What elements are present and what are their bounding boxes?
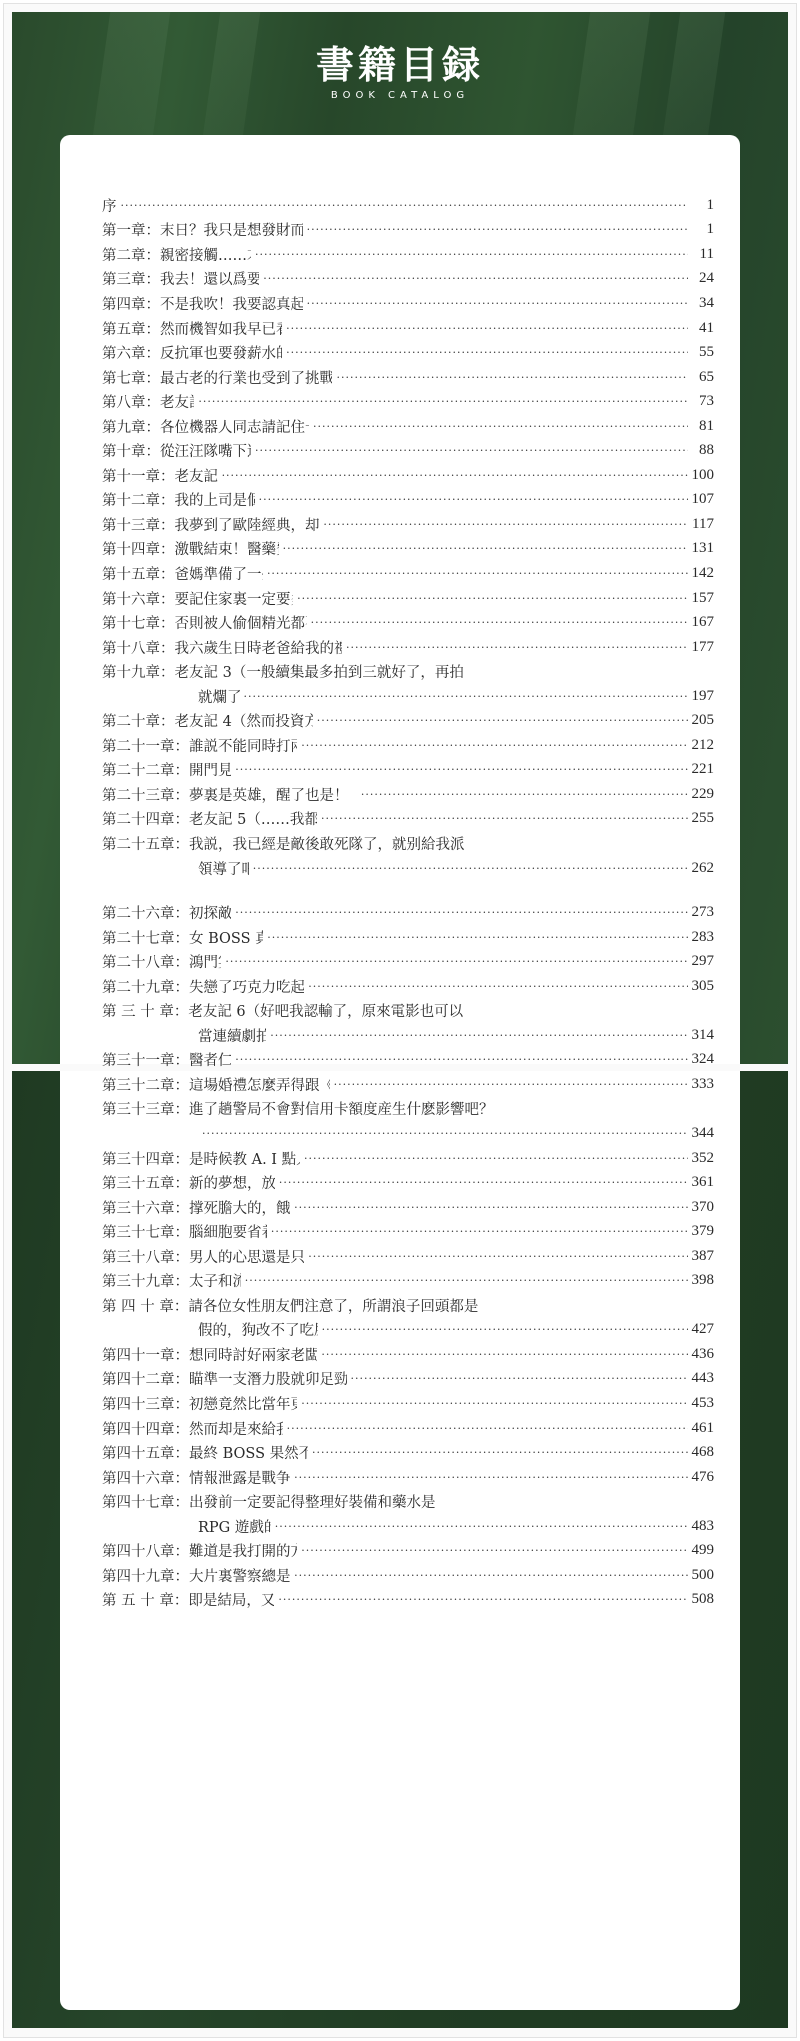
leader-dots xyxy=(334,1078,688,1091)
toc-entry: 第 三 十 章：老友記 6（好吧我認輸了，原來電影也可以 xyxy=(102,999,714,1024)
page-number: 157 xyxy=(692,590,715,607)
chapter-title: 要記住家裏一定要多裝攝像頭 xyxy=(175,588,294,609)
toc-entry: 第四十七章：出發前一定要記得整理好裝備和藥水是 xyxy=(102,1489,714,1514)
toc-entry: 第四十一章：想同時討好兩家老闆是不可能的！436 xyxy=(102,1342,714,1367)
leader-dots xyxy=(304,1152,687,1165)
chapter-number: 第十四章： xyxy=(102,538,175,559)
leader-dots xyxy=(245,1274,688,1287)
chapter-title: 反抗軍也要發薪水的，混蛋！ xyxy=(160,342,282,363)
leader-dots xyxy=(270,1029,687,1042)
chapter-title: 失戀了巧克力吃起來都是苦的 xyxy=(189,976,304,997)
toc-entry: 第三十三章：進了趟警局不會對信用卡額度産生什麽影響吧？ xyxy=(102,1097,714,1122)
chapter-title: 大片裏警察總是最後纔到 xyxy=(189,1565,290,1586)
leader-dots xyxy=(286,346,688,359)
page-number: 324 xyxy=(692,1051,715,1068)
chapter-title: 末日？我只是想發財而已我招惹誰了 xyxy=(160,219,303,240)
toc-entry: 第二十二章：開門見紅221 xyxy=(102,758,714,783)
toc-entry: 第一章：末日？我只是想發財而已我招惹誰了1 xyxy=(102,218,714,243)
toc-entry: 第十八章：我六歲生日時老爸給我的禮物是柯爾特眼鏡王蛇177 xyxy=(102,635,714,660)
page-number: 387 xyxy=(692,1248,715,1265)
leader-dots xyxy=(311,616,688,629)
chapter-title: 我夢到了歐陸經典，却没人給我廣告費 xyxy=(175,514,320,535)
page-number: 453 xyxy=(692,1395,715,1412)
chapter-number: 第十八章： xyxy=(102,637,175,658)
leader-dots xyxy=(198,395,688,408)
leader-dots xyxy=(259,493,688,506)
toc-entry: 第六章：反抗軍也要發薪水的，混蛋！55 xyxy=(102,340,714,365)
chapter-title: 是時候教 A. I 點人情世故了 xyxy=(189,1148,300,1169)
toc-entry: 第三章：我去！還以爲要死了！24 xyxy=(102,267,714,292)
chapter-title: 初戀竟然比當年更漂亮了？ xyxy=(189,1393,297,1414)
chapter-title: 爸媽準備了一些嘮叨 xyxy=(175,563,263,584)
chapter-title: 然而機智如我早已看透了你們 xyxy=(160,318,282,339)
chapter-number: 第八章： xyxy=(102,391,160,412)
toc-entry: 第四十九章：大片裏警察總是最後纔到500 xyxy=(102,1563,714,1588)
toc-entry: 第三十一章：醫者仁心324 xyxy=(102,1048,714,1073)
leader-dots xyxy=(263,272,688,285)
page-number: 427 xyxy=(692,1321,715,1338)
chapter-number: 第 三 十 章： xyxy=(102,1000,188,1021)
chapter-title: 進了趟警局不會對信用卡額度産生什麽影響吧？ xyxy=(189,1098,494,1119)
page-number: 361 xyxy=(692,1174,715,1191)
chapter-title: 這場婚禮怎麼弄得跟《畢業生》似的？ xyxy=(189,1074,330,1095)
page-number: 352 xyxy=(692,1150,715,1167)
page-number: 1 xyxy=(692,221,714,238)
chapter-title: 出發前一定要記得整理好裝備和藥水是 xyxy=(189,1491,436,1512)
catalog-header: 書籍目録 BOOK CATALOG xyxy=(12,42,788,101)
page-number: 205 xyxy=(692,712,715,729)
leader-dots xyxy=(275,1520,688,1533)
page-number: 167 xyxy=(692,614,715,631)
leader-dots xyxy=(308,980,687,993)
leader-dots xyxy=(235,763,687,776)
leader-dots xyxy=(283,542,688,555)
chapter-number: 第六章： xyxy=(102,342,160,363)
toc-entry: 第二十六章：初探敵情273 xyxy=(102,900,714,925)
page-number: 297 xyxy=(692,953,715,970)
chapter-number: 第二十三章： xyxy=(102,784,189,805)
chapter-title: RPG 遊戲的重點 xyxy=(198,1516,271,1537)
chapter-title: 老友記 xyxy=(160,391,194,412)
page-number: 177 xyxy=(692,639,715,656)
leader-dots xyxy=(255,248,688,261)
toc-entry: 第二十四章：老友記 5（……我都懶得吐槽了）255 xyxy=(102,807,714,832)
chapter-title: 我去！還以爲要死了！ xyxy=(160,268,259,289)
toc-entry-continuation: 344 xyxy=(102,1121,714,1146)
page-number: 81 xyxy=(692,418,714,435)
page-number: 314 xyxy=(692,1027,715,1044)
chapter-title: 老友記 4（然而投資方可不這麼想） xyxy=(175,710,313,731)
page-number: 476 xyxy=(692,1469,715,1486)
page-number: 273 xyxy=(692,904,715,921)
leader-dots xyxy=(321,812,687,825)
toc-entry-continuation: 假的，狗改不了吃屎才是真的！427 xyxy=(102,1318,714,1343)
chapter-title: 最終 BOSS 果然不止一種形態 xyxy=(189,1442,308,1463)
toc-entry: 第二十章：老友記 4（然而投資方可不這麼想）205 xyxy=(102,708,714,733)
page-number: 283 xyxy=(692,929,715,946)
page-number: 398 xyxy=(692,1272,715,1289)
chapter-number: 第四十三章： xyxy=(102,1393,189,1414)
chapter-number: 第二十章： xyxy=(102,710,175,731)
chapter-title: 假的，狗改不了吃屎才是真的！ xyxy=(198,1319,318,1340)
chapter-number: 第三十七章： xyxy=(102,1221,189,1242)
toc-entry: 第七章：最古老的行業也受到了挑戰！轉行還來得及不？65 xyxy=(102,365,714,390)
page-number: 55 xyxy=(692,344,714,361)
chapter-title: 老友記 6（好吧我認輸了，原來電影也可以 xyxy=(188,1000,463,1021)
leader-dots xyxy=(307,297,688,310)
toc-entry: 第十九章：老友記 3（一般續集最多拍到三就好了，再拍 xyxy=(102,659,714,684)
leader-dots xyxy=(235,906,687,919)
leader-dots xyxy=(294,1201,687,1214)
chapter-number: 第五章： xyxy=(102,318,160,339)
toc-entry: 第四十六章：情報泄露是戰争中的大忌476 xyxy=(102,1465,714,1490)
leader-dots xyxy=(301,1544,687,1557)
toc-entry-continuation: 當連續劇拍啊）314 xyxy=(102,1023,714,1048)
toc-entry: 第十五章：爸媽準備了一些嘮叨142 xyxy=(102,561,714,586)
page-number: 131 xyxy=(692,540,715,557)
toc-entry-continuation: RPG 遊戲的重點483 xyxy=(102,1514,714,1539)
chapter-title: 老友記 5（……我都懶得吐槽了） xyxy=(189,808,317,829)
page-number: 34 xyxy=(692,295,714,312)
page-number: 468 xyxy=(692,1444,715,1461)
chapter-title: 最古老的行業也受到了挑戰！轉行還來得及不？ xyxy=(160,367,332,388)
leader-dots xyxy=(279,1176,688,1189)
leader-dots xyxy=(244,690,688,703)
chapter-number: 第二十四章： xyxy=(102,808,189,829)
chapter-number: 第四十六章： xyxy=(102,1467,189,1488)
leader-dots xyxy=(297,592,687,605)
chapter-title: 不是我吹！我要認真起來是很兇的！ xyxy=(160,293,303,314)
toc-entry: 第二十七章：女 BOSS 真難打283 xyxy=(102,925,714,950)
chapter-number: 第 五 十 章： xyxy=(102,1589,188,1610)
leader-dots xyxy=(202,1127,688,1140)
chapter-title: 當連續劇拍啊） xyxy=(198,1025,266,1046)
page-number: 370 xyxy=(692,1199,715,1216)
page-number: 1 xyxy=(692,197,714,214)
page-number: 229 xyxy=(692,786,715,803)
toc-entry: 第九章：各位機器人同志請記住一定要文明執法81 xyxy=(102,414,714,439)
table-of-contents: 序1第一章：末日？我只是想發財而已我招惹誰了1第二章：親密接觸……才鬼！11第三… xyxy=(102,193,714,1612)
leader-dots xyxy=(346,641,687,654)
leader-dots xyxy=(294,1569,687,1582)
toc-entry: 第十一章：老友記 2100 xyxy=(102,463,714,488)
chapter-number: 第三十一章： xyxy=(102,1049,189,1070)
chapter-number: 第四十五章： xyxy=(102,1442,189,1463)
chapter-title: 就爛了） xyxy=(198,686,240,707)
chapter-number: 第二十七章： xyxy=(102,927,189,948)
leader-dots xyxy=(286,322,688,335)
chapter-title: 難道是我打開的方式不對？ xyxy=(189,1540,297,1561)
chapter-number: 第四十八章： xyxy=(102,1540,189,1561)
chapter-number: 第一章： xyxy=(102,219,160,240)
page-title: 書籍目録 xyxy=(12,42,788,88)
chapter-number: 第十一章： xyxy=(102,465,175,486)
toc-entry-continuation: 就爛了）197 xyxy=(102,684,714,709)
chapter-title: 腦細胞要省着點用 xyxy=(189,1221,267,1242)
chapter-number: 第四十四章： xyxy=(102,1418,189,1439)
toc-entry: 第十四章：激戰結束！醫藥費誰掏？131 xyxy=(102,537,714,562)
chapter-number: 第十七章： xyxy=(102,612,175,633)
chapter-title: 請各位女性朋友們注意了，所謂浪子回頭都是 xyxy=(188,1295,478,1316)
leader-dots xyxy=(255,444,688,457)
page-number: 142 xyxy=(692,565,715,582)
chapter-title: 從汪汪隊嘴下逃出來 xyxy=(160,440,251,461)
leader-dots xyxy=(271,1225,688,1238)
toc-entry: 第三十九章：太子和流氓398 xyxy=(102,1269,714,1294)
leader-dots xyxy=(253,862,688,875)
page-number: 212 xyxy=(692,737,715,754)
toc-entry: 第四十三章：初戀竟然比當年更漂亮了？453 xyxy=(102,1391,714,1416)
page-number: 11 xyxy=(692,246,714,263)
chapter-number: 第十三章： xyxy=(102,514,175,535)
chapter-title: 瞄準一支潛力股就卯足勁上！否則怎麼發財？ xyxy=(189,1368,347,1389)
chapter-title: 開門見紅 xyxy=(189,759,231,780)
page-number: 88 xyxy=(692,442,714,459)
toc-entry: 序1 xyxy=(102,193,714,218)
chapter-number: 第二十八章： xyxy=(102,951,189,972)
chapter-title: 然而却是來給我下套的 xyxy=(189,1418,283,1439)
chapter-number: 第三十六章： xyxy=(102,1197,189,1218)
section-gap xyxy=(102,880,714,900)
page-number: 262 xyxy=(692,860,715,877)
toc-entry: 第四十四章：然而却是來給我下套的461 xyxy=(102,1416,714,1441)
chapter-number: 第十五章： xyxy=(102,563,175,584)
chapter-title: 醫者仁心 xyxy=(189,1049,231,1070)
toc-entry: 第三十八章：男人的心思還是只有男人瞭解387 xyxy=(102,1244,714,1269)
chapter-title: 男人的心思還是只有男人瞭解 xyxy=(189,1246,304,1267)
toc-entry: 第三十四章：是時候教 A. I 點人情世故了352 xyxy=(102,1146,714,1171)
chapter-number: 第十二章： xyxy=(102,489,175,510)
leader-dots xyxy=(307,223,688,236)
page-number: 65 xyxy=(692,369,714,386)
chapter-number: 第九章： xyxy=(102,416,160,437)
toc-entry: 第二章：親密接觸……才鬼！11 xyxy=(102,242,714,267)
toc-entry: 第四十八章：難道是我打開的方式不對？499 xyxy=(102,1539,714,1564)
page-number: 333 xyxy=(692,1076,715,1093)
toc-entry-continuation: 領導了吧？262 xyxy=(102,856,714,881)
page-subtitle: BOOK CATALOG xyxy=(12,90,788,101)
leader-dots xyxy=(301,739,687,752)
chapter-number: 第三十九章： xyxy=(102,1270,189,1291)
toc-entry: 第二十一章：誰説不能同時打兩份工了？212 xyxy=(102,733,714,758)
leader-dots xyxy=(313,420,688,433)
leader-dots xyxy=(312,1446,688,1459)
page-number: 483 xyxy=(692,1518,715,1535)
chapter-title: 太子和流氓 xyxy=(189,1270,241,1291)
chapter-title: 新的夢想，放飛自我 xyxy=(189,1172,275,1193)
page-number: 305 xyxy=(692,978,715,995)
chapter-title: 我的上司是個死宅 xyxy=(175,489,255,510)
toc-entry: 第二十八章：鴻門宴297 xyxy=(102,949,714,974)
chapter-number: 第四十二章： xyxy=(102,1368,189,1389)
toc-entry: 第十二章：我的上司是個死宅107 xyxy=(102,488,714,513)
chapter-title: 領導了吧？ xyxy=(198,858,249,879)
chapter-number: 第二十五章： xyxy=(102,833,189,854)
chapter-number: 第三十二章： xyxy=(102,1074,189,1095)
toc-entry: 第八章：老友記73 xyxy=(102,389,714,414)
leader-dots xyxy=(308,1250,687,1263)
toc-entry: 第二十九章：失戀了巧克力吃起來都是苦的305 xyxy=(102,974,714,999)
chapter-number: 第十九章： xyxy=(102,661,175,682)
leader-dots xyxy=(267,931,687,944)
toc-entry: 第十六章：要記住家裏一定要多裝攝像頭157 xyxy=(102,586,714,611)
toc-entry: 第四十二章：瞄準一支潛力股就卯足勁上！否則怎麼發財？443 xyxy=(102,1367,714,1392)
toc-entry: 第二十五章：我説，我已經是敵後敢死隊了，就别給我派 xyxy=(102,831,714,856)
toc-entry: 第四十五章：最終 BOSS 果然不止一種形態468 xyxy=(102,1440,714,1465)
chapter-title: 鴻門宴 xyxy=(189,951,221,972)
toc-entry: 第五章：然而機智如我早已看透了你們41 xyxy=(102,316,714,341)
leader-dots xyxy=(294,1471,687,1484)
chapter-title: 情報泄露是戰争中的大忌 xyxy=(189,1467,290,1488)
page-number: 379 xyxy=(692,1223,715,1240)
chapter-number: 第十章： xyxy=(102,440,160,461)
leader-dots xyxy=(336,371,688,384)
page-number: 24 xyxy=(692,270,714,287)
page-number: 73 xyxy=(692,393,714,410)
leader-dots xyxy=(322,1323,688,1336)
chapter-title: 我説，我已經是敵後敢死隊了，就别給我派 xyxy=(189,833,465,854)
page-number: 221 xyxy=(692,761,715,778)
chapter-number: 第三章： xyxy=(102,268,160,289)
leader-dots xyxy=(323,518,688,531)
chapter-number: 第三十八章： xyxy=(102,1246,189,1267)
chapter-number: 第二章： xyxy=(102,244,160,265)
page-number: 443 xyxy=(692,1370,715,1387)
toc-entry: 第十七章：否則被人偷個精光都不知道咋回事167 xyxy=(102,610,714,635)
chapter-number: 第二十二章： xyxy=(102,759,189,780)
page-number: 500 xyxy=(692,1567,715,1584)
page-number: 255 xyxy=(692,810,715,827)
chapter-title: 我六歲生日時老爸給我的禮物是柯爾特眼鏡王蛇 xyxy=(175,637,343,658)
leader-dots xyxy=(351,1372,688,1385)
toc-entry: 第四章：不是我吹！我要認真起來是很兇的！34 xyxy=(102,291,714,316)
page-number: 508 xyxy=(692,1591,715,1608)
chapter-number: 第四十一章： xyxy=(102,1344,189,1365)
chapter-number: 第四十七章： xyxy=(102,1491,189,1512)
chapter-number: 第二十六章： xyxy=(102,902,189,923)
chapter-number: 第三十三章： xyxy=(102,1098,189,1119)
chapter-number: 第四十九章： xyxy=(102,1565,189,1586)
chapter-title: 撑死膽大的，餓死膽小的 xyxy=(189,1197,290,1218)
page-number: 117 xyxy=(692,516,714,533)
page-number: 499 xyxy=(692,1542,715,1559)
leader-dots xyxy=(321,1348,687,1361)
chapter-title: 否則被人偷個精光都不知道咋回事 xyxy=(175,612,307,633)
chapter-title: 女 BOSS 真難打 xyxy=(189,927,263,948)
page-number: 436 xyxy=(692,1346,715,1363)
chapter-number: 第 四 十 章： xyxy=(102,1295,188,1316)
leader-dots xyxy=(222,469,688,482)
toc-entry: 第二十三章：夢裏是英雄，醒了也是！（然而美女們不這麼想）229 xyxy=(102,782,714,807)
page-number: 107 xyxy=(692,491,715,508)
chapter-title: 激戰結束！醫藥費誰掏？ xyxy=(175,538,279,559)
leader-dots xyxy=(361,788,688,801)
toc-entry: 第三十六章：撑死膽大的，餓死膽小的370 xyxy=(102,1195,714,1220)
chapter-title: 想同時討好兩家老闆是不可能的！ xyxy=(189,1344,317,1365)
chapter-title: 夢裏是英雄，醒了也是！（然而美女們不這麼想） xyxy=(189,784,357,805)
leader-dots xyxy=(301,1397,687,1410)
chapter-number: 第十六章： xyxy=(102,588,175,609)
leader-dots xyxy=(317,714,688,727)
chapter-title: 老友記 3（一般續集最多拍到三就好了，再拍 xyxy=(175,661,464,682)
chapter-number: 第二十九章： xyxy=(102,976,189,997)
chapter-title: 誰説不能同時打兩份工了？ xyxy=(189,735,297,756)
chapter-title: 即是結局，又是開端 xyxy=(188,1589,274,1610)
chapter-title: 老友記 2 xyxy=(175,465,218,486)
leader-dots xyxy=(267,567,688,580)
toc-entry: 第十三章：我夢到了歐陸經典，却没人給我廣告費117 xyxy=(102,512,714,537)
toc-entry: 第三十二章：這場婚禮怎麼弄得跟《畢業生》似的？333 xyxy=(102,1072,714,1097)
page-number: 197 xyxy=(692,688,715,705)
chapter-number: 第四章： xyxy=(102,293,160,314)
page-number: 344 xyxy=(692,1125,715,1142)
toc-entry: 第三十七章：腦細胞要省着點用379 xyxy=(102,1219,714,1244)
leader-dots xyxy=(225,955,687,968)
chapter-number: 第三十五章： xyxy=(102,1172,189,1193)
leader-dots xyxy=(235,1053,687,1066)
toc-entry: 第 五 十 章：即是結局，又是開端508 xyxy=(102,1588,714,1613)
leader-dots xyxy=(287,1422,688,1435)
chapter-number: 第二十一章： xyxy=(102,735,189,756)
toc-entry: 第三十五章：新的夢想，放飛自我361 xyxy=(102,1170,714,1195)
toc-entry: 第 四 十 章：請各位女性朋友們注意了，所謂浪子回頭都是 xyxy=(102,1293,714,1318)
page-number: 41 xyxy=(692,320,714,337)
chapter-title: 各位機器人同志請記住一定要文明執法 xyxy=(160,416,309,437)
chapter-number: 序 xyxy=(102,195,117,216)
page-number: 100 xyxy=(692,467,715,484)
leader-dots xyxy=(121,199,689,212)
chapter-number: 第七章： xyxy=(102,367,160,388)
chapter-number: 第三十四章： xyxy=(102,1148,189,1169)
page-number: 461 xyxy=(692,1420,715,1437)
leader-dots xyxy=(278,1593,687,1606)
chapter-title: 初探敵情 xyxy=(189,902,231,923)
chapter-title: 親密接觸……才鬼！ xyxy=(160,244,251,265)
toc-entry: 第十章：從汪汪隊嘴下逃出來88 xyxy=(102,438,714,463)
